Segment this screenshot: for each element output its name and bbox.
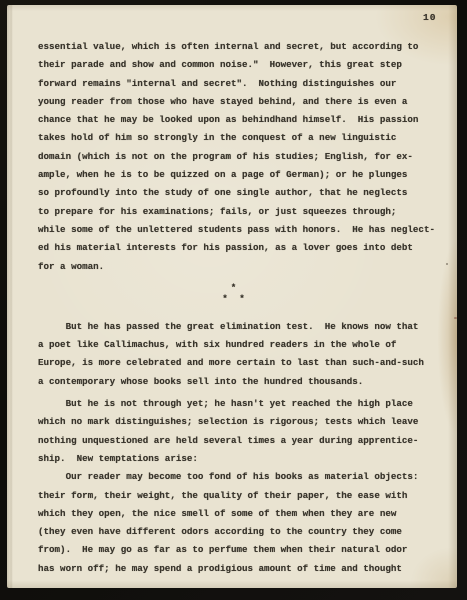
manuscript-page: 10 essential value, which is often inter…: [7, 5, 457, 588]
text-line: has worn off; he may spend a prodigious …: [38, 560, 444, 578]
text-line: for a woman.: [38, 258, 444, 276]
text-line: their parade and show and common noise."…: [38, 56, 444, 74]
text-line: ample, when he is to be quizzed on a pag…: [38, 166, 444, 184]
text-line: ed his material interests for his passio…: [38, 239, 444, 257]
text-line: a contemporary whose books sell into the…: [38, 373, 444, 391]
text-line: which no mark distinguishes; selection i…: [38, 413, 444, 431]
text-line: which they open, the nice smell of some …: [38, 505, 444, 523]
text-line: domain (which is not on the program of h…: [38, 148, 444, 166]
text-line: to prepare for his examinations; fails, …: [38, 203, 444, 221]
text-line: ship. New temptations arise:: [38, 450, 444, 468]
text-line: so profoundly into the study of one sing…: [38, 184, 444, 202]
text-line: (they even have different odors accordin…: [38, 523, 444, 541]
paragraph-4: Our reader may become too fond of his bo…: [38, 468, 444, 578]
scan-background: 10 essential value, which is often inter…: [0, 0, 467, 600]
text-line: nothing unquestioned are held several ti…: [38, 432, 444, 450]
separator-asterisk-top: *: [38, 282, 432, 293]
scan-speck: [446, 263, 448, 265]
text-line: Europe, is more celebrated and more cert…: [38, 354, 444, 372]
text-line: while some of the unlettered students pa…: [38, 221, 444, 239]
paragraph-1: essential value, which is often internal…: [38, 38, 444, 276]
text-line: from). He may go as far as to perfume th…: [38, 541, 444, 559]
text-line: takes hold of him so strongly in the con…: [38, 129, 444, 147]
typewritten-text: essential value, which is often internal…: [38, 38, 444, 578]
text-line: chance that he may be looked upon as beh…: [38, 111, 444, 129]
asterisk-section-separator: * * *: [38, 282, 432, 304]
text-line: young reader from those who have stayed …: [38, 93, 444, 111]
text-line: their form, their weight, the quality of…: [38, 487, 444, 505]
text-line: a poet like Callimachus, with six hundre…: [38, 336, 444, 354]
page-number: 10: [423, 12, 447, 23]
text-line: Our reader may become too fond of his bo…: [38, 468, 444, 486]
scan-speck: [454, 317, 457, 319]
paragraph-3: But he is not through yet; he hasn't yet…: [38, 395, 444, 468]
text-line: essential value, which is often internal…: [38, 38, 444, 56]
separator-asterisks-bottom: * *: [38, 293, 432, 304]
text-line: forward remains "internal and secret". N…: [38, 75, 444, 93]
text-line: But he is not through yet; he hasn't yet…: [38, 395, 444, 413]
paragraph-2: But he has passed the great elimination …: [38, 318, 444, 391]
text-line: But he has passed the great elimination …: [38, 318, 444, 336]
